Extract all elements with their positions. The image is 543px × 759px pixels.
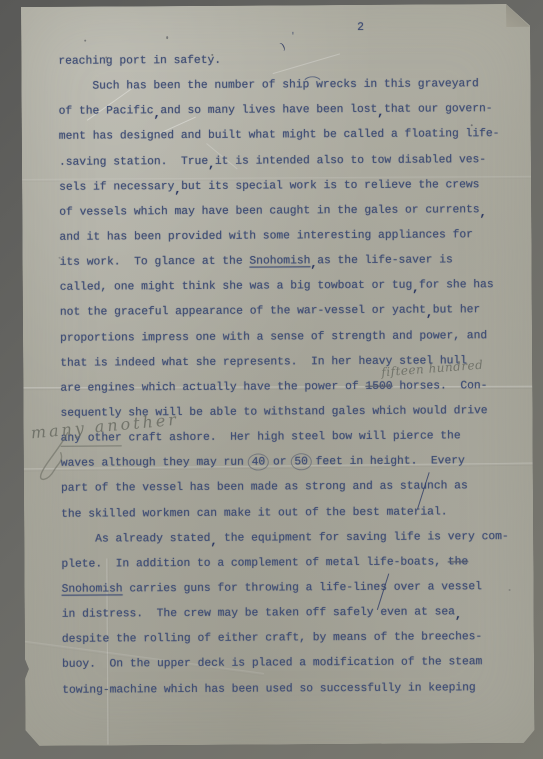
typed-line: buoy. On the upper deck is placed a modi…: [62, 650, 527, 678]
typed-line: Such has been the number of ship wrecks …: [58, 72, 523, 100]
typed-line: any other craft ashore. Her high steel b…: [61, 424, 526, 452]
typed-line: its work. To glance at the Snohomish,as …: [59, 248, 524, 276]
typed-line: the skilled workmen can make it out of t…: [61, 499, 526, 527]
typed-line: .saving station. True,it is intended als…: [59, 147, 524, 175]
stray-ink-mark: ': [290, 31, 295, 41]
paper-speck: [84, 40, 86, 42]
typed-line: of the Pacific,and so many lives have be…: [59, 97, 524, 125]
typed-line: Snohomish carries guns for throwing a li…: [61, 575, 526, 603]
typed-line: As already stated, the equipment for sav…: [61, 525, 526, 553]
typed-text: reaching port in safety. Such has been t…: [58, 47, 527, 703]
typed-line: in distress. The crew may be taken off s…: [62, 600, 527, 628]
typed-line: proportions impress one with a sense of …: [60, 323, 525, 351]
scanned-document-screenshot: { "page": { "number": "2", "paper_color"…: [0, 0, 543, 759]
typed-line: reaching port in safety.: [58, 47, 523, 75]
typed-line: called, one might think she was a big to…: [60, 273, 525, 301]
page-number: 2: [357, 21, 364, 34]
typed-line: that is indeed what she represents. In h…: [60, 349, 525, 377]
typed-line: ment has designed and built what might b…: [59, 122, 524, 150]
typed-line: towing-machine which has been used so su…: [62, 675, 527, 703]
typed-line: and it has been provided with some inter…: [59, 223, 524, 251]
typed-line: waves although they may run 40 or 50 fee…: [61, 449, 526, 477]
typed-line: are engines which actually have the powe…: [60, 374, 525, 402]
typed-line: sels if necessary,but its special work i…: [59, 173, 524, 201]
typed-line: sequently she will be able to withstand …: [60, 399, 525, 427]
typed-line: not the graceful appearance of the war-v…: [60, 298, 525, 326]
document-page: 2 ) ' reaching port in safety. Such has …: [21, 4, 535, 746]
paper-speck: [166, 36, 168, 39]
typed-line: despite the rolling of either craft, by …: [62, 625, 527, 653]
folded-corner: [506, 4, 530, 27]
typed-line: of vessels which may have been caught in…: [59, 198, 524, 226]
typed-line: part of the vessel has been made as stro…: [61, 474, 526, 502]
typed-line: plete. In addition to a complement of me…: [61, 550, 526, 578]
